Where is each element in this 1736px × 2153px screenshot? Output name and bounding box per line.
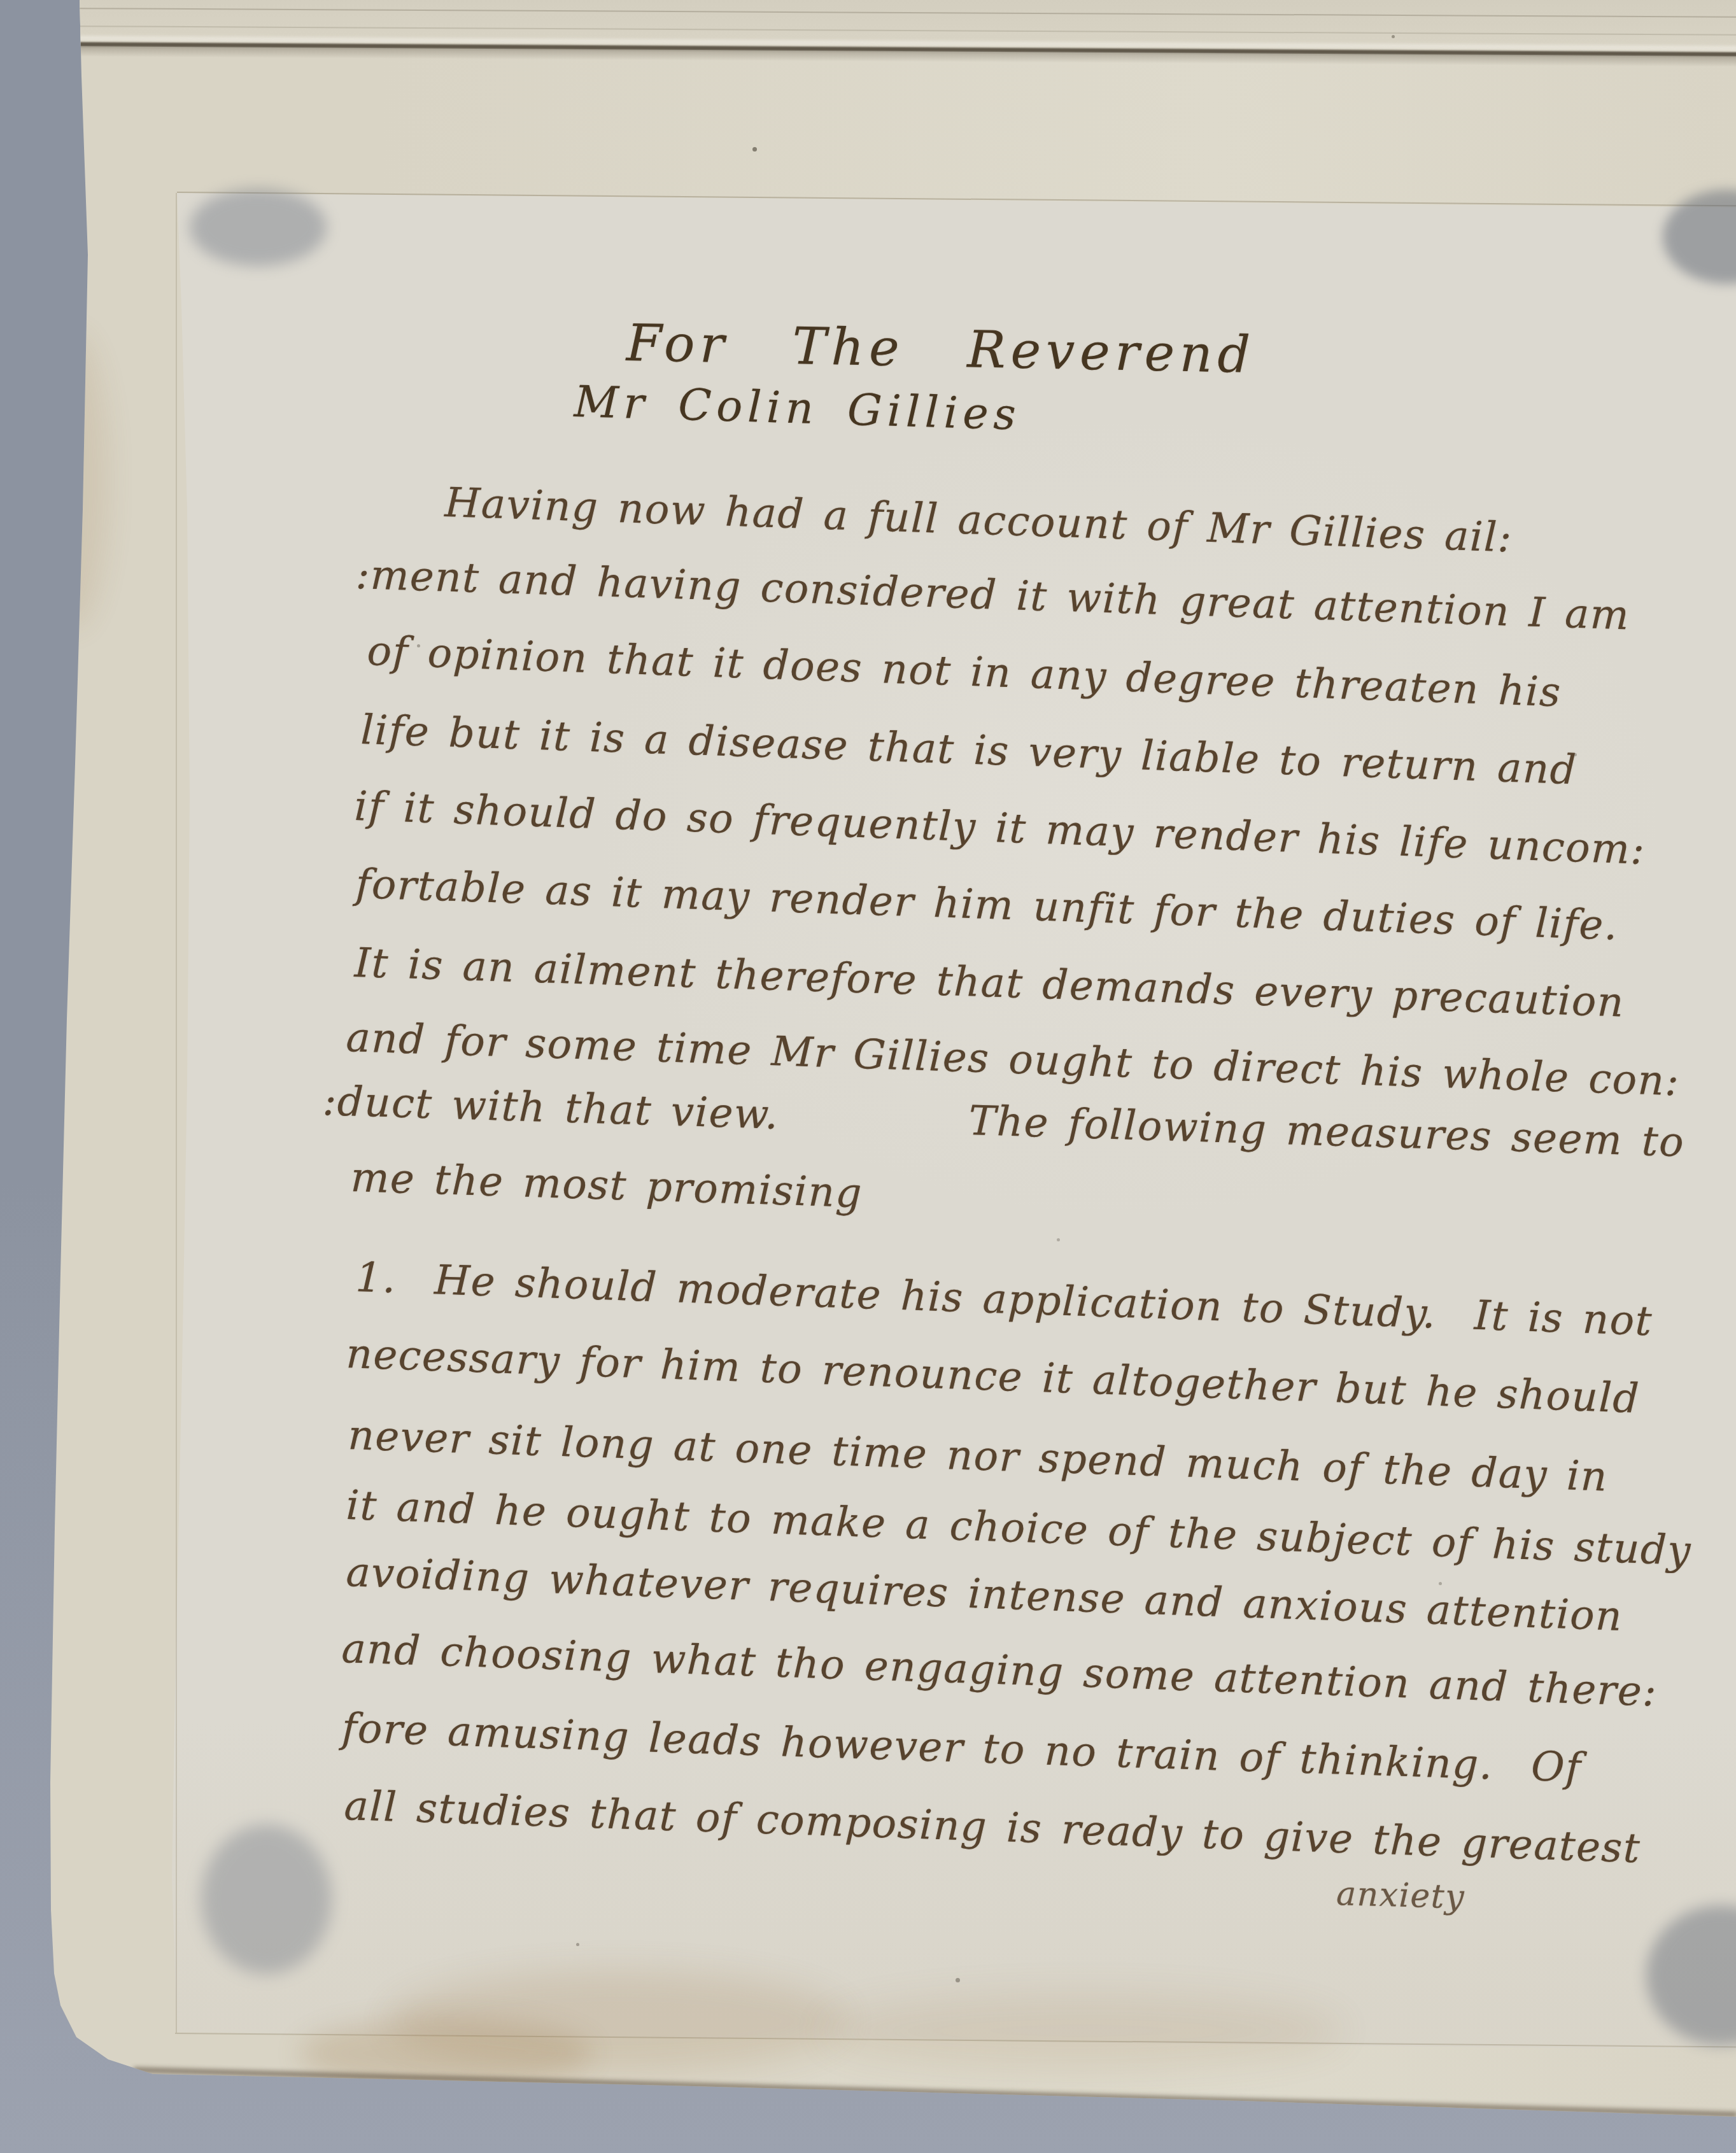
letter-body-line: all studies that of composing is ready t… [344,1782,1642,1873]
letter-body-line: fortable as it may render him unfit for … [355,861,1619,950]
letter-body-line: life but it is a disease that is very li… [360,707,1578,794]
letter-body-line: necessary for him to renounce it altoget… [345,1331,1641,1423]
scanned-letter-page: For The ReverendMr Colin GilliesHaving n… [0,0,1736,2153]
letter-body-line: and choosing what tho engaging some atte… [341,1625,1658,1716]
letter-body-line: Having now had a full account of Mr Gill… [444,479,1514,562]
letter-catchword: anxiety [1336,1875,1465,1917]
letter-body-line: 1. He should moderate his application to… [355,1254,1653,1345]
letter-body-line: of opinion that it does not in any degre… [366,628,1562,716]
letter-body-line: :ment and having considered it with grea… [355,551,1631,640]
letter-heading-line-2: Mr Colin Gillies [574,377,1022,441]
album-page-sheet: For The ReverendMr Colin GilliesHaving n… [0,0,1736,2153]
letter-body-line: It is an ailment therefore that demands … [354,940,1625,1027]
letter-body-line: never sit long at one time nor spend muc… [348,1412,1609,1501]
letter-body-line: fore amusing leads however to no train o… [341,1705,1583,1792]
letter-body-line: me the most promising [350,1154,863,1217]
handwritten-letter-text: For The ReverendMr Colin GilliesHaving n… [0,0,1736,2153]
letter-heading-line-1: For The Reverend [626,313,1256,385]
letter-body-line: if it should do so frequently it may ren… [353,783,1646,874]
